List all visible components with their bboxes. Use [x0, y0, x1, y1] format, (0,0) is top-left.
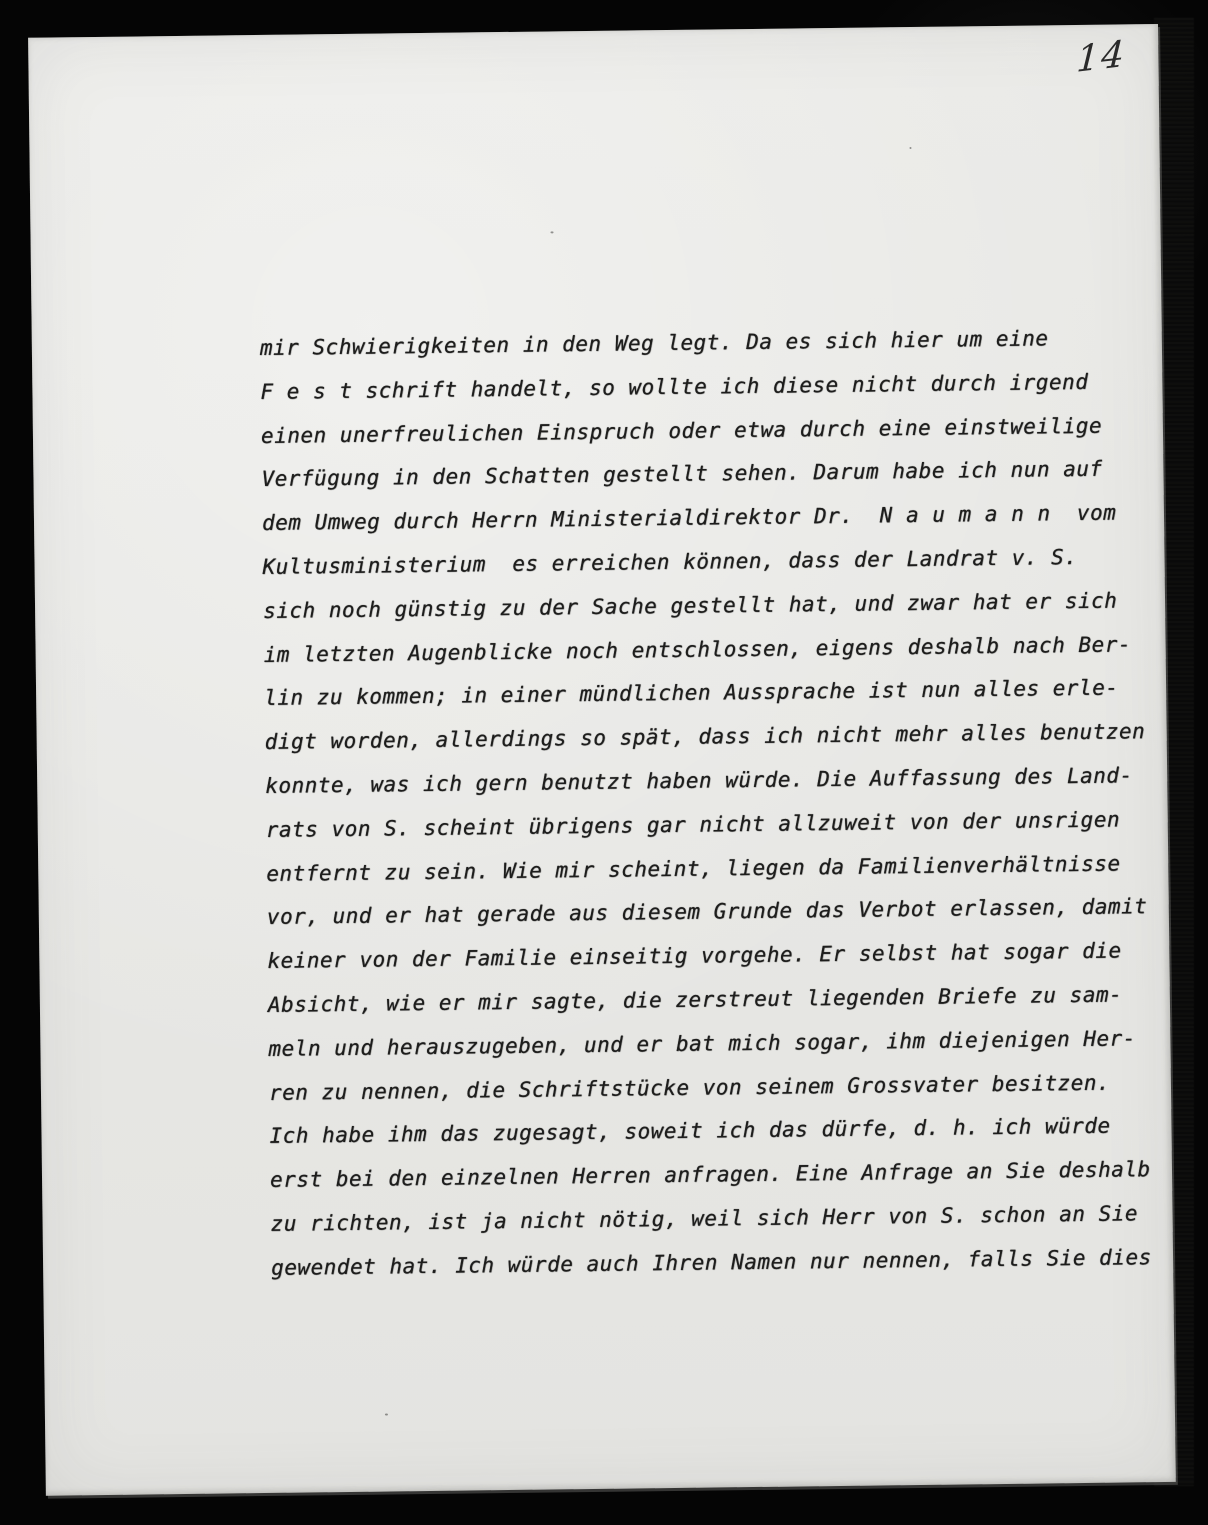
handwritten-page-number: 14 — [1075, 34, 1127, 81]
scan-background: 14 mir Schwierigkeiten in den Weg legt. … — [0, 0, 1208, 1525]
paper-speck — [909, 147, 911, 149]
scanned-page: 14 mir Schwierigkeiten in den Weg legt. … — [28, 24, 1176, 1496]
paper-speck — [550, 231, 553, 233]
typewritten-text-block: mir Schwierigkeiten in den Weg legt. Da … — [260, 316, 1188, 1291]
paper-speck — [385, 1414, 388, 1416]
